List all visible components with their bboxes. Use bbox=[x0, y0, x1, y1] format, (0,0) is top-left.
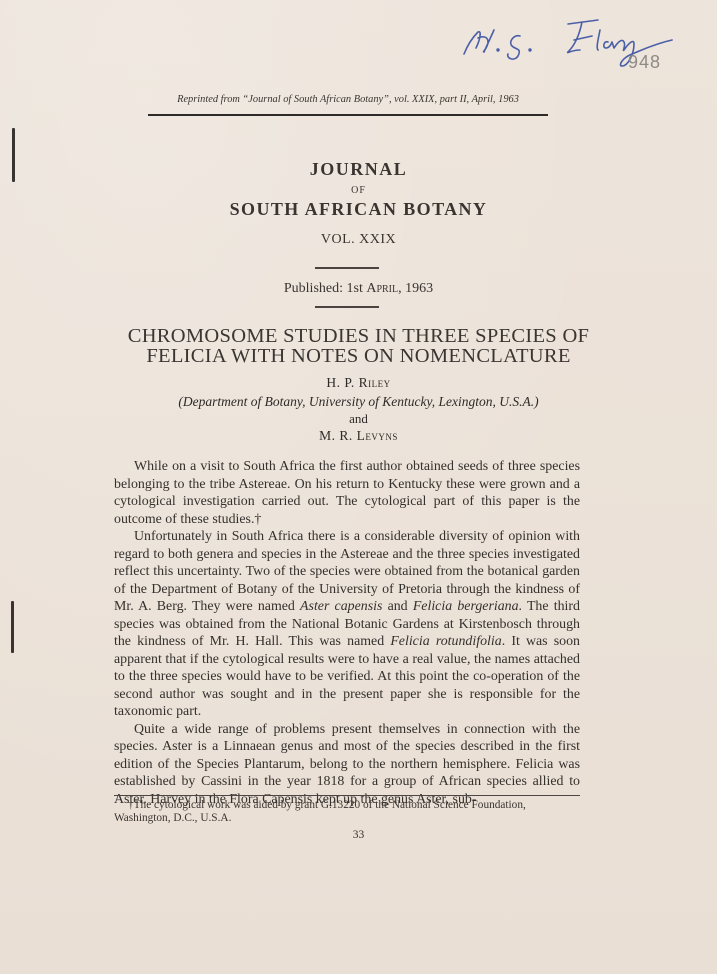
article-title-line1: CHROMOSOME STUDIES IN THREE SPECIES OF bbox=[0, 326, 717, 346]
reprint-rule bbox=[148, 114, 548, 116]
species-name: Felicia rotundifolia bbox=[390, 634, 501, 649]
paragraph-1: While on a visit to South Africa the fir… bbox=[114, 458, 580, 528]
masthead-divider-bottom bbox=[315, 306, 379, 308]
journal-name: SOUTH AFRICAN BOTANY bbox=[0, 199, 717, 220]
published-date: Published: 1st April, 1963 bbox=[0, 281, 717, 297]
species-name: Aster capensis bbox=[300, 599, 382, 614]
published-suffix: , 1963 bbox=[398, 281, 433, 296]
footnote-rule bbox=[114, 795, 580, 796]
reprint-note: Reprinted from “Journal of South African… bbox=[148, 94, 548, 105]
footnote: †The cytological work was aided by grant… bbox=[114, 799, 580, 825]
document-page: 948 Reprinted from “Journal of South Afr… bbox=[0, 0, 717, 974]
published-prefix: Published: 1st bbox=[284, 281, 366, 296]
author-affiliation: (Department of Botany, University of Ken… bbox=[0, 394, 717, 410]
author-2: M. R. Levyns bbox=[0, 428, 717, 444]
author-2-initials: M. R. bbox=[319, 428, 357, 443]
journal-of: OF bbox=[0, 185, 717, 196]
binding-mark-bottom bbox=[11, 601, 14, 653]
author-1: H. P. Riley bbox=[0, 375, 717, 391]
journal-title: JOURNAL bbox=[0, 159, 717, 180]
paragraph-2-text-b: and bbox=[382, 599, 412, 614]
author-1-initials: H. P. bbox=[326, 375, 358, 390]
author-1-surname: Riley bbox=[359, 375, 391, 390]
stamp-number: 948 bbox=[628, 52, 661, 73]
volume-label: VOL. XXIX bbox=[0, 232, 717, 248]
page-number: 33 bbox=[0, 829, 717, 841]
footnote-line-1: †The cytological work was aided by grant… bbox=[114, 799, 580, 812]
published-month: April bbox=[366, 281, 398, 296]
paragraph-2: Unfortunately in South Africa there is a… bbox=[114, 528, 580, 721]
species-name: Felicia bergeriana bbox=[413, 599, 519, 614]
author-2-surname: Levyns bbox=[357, 428, 398, 443]
article-title-line2: FELICIA WITH NOTES ON NOMENCLATURE bbox=[0, 346, 717, 366]
masthead-divider-top bbox=[315, 267, 379, 269]
article-title: CHROMOSOME STUDIES IN THREE SPECIES OF F… bbox=[0, 326, 717, 366]
article-body: While on a visit to South Africa the fir… bbox=[114, 458, 580, 808]
author-conjunction: and bbox=[0, 411, 717, 427]
footnote-line-2: Washington, D.C., U.S.A. bbox=[114, 812, 580, 825]
